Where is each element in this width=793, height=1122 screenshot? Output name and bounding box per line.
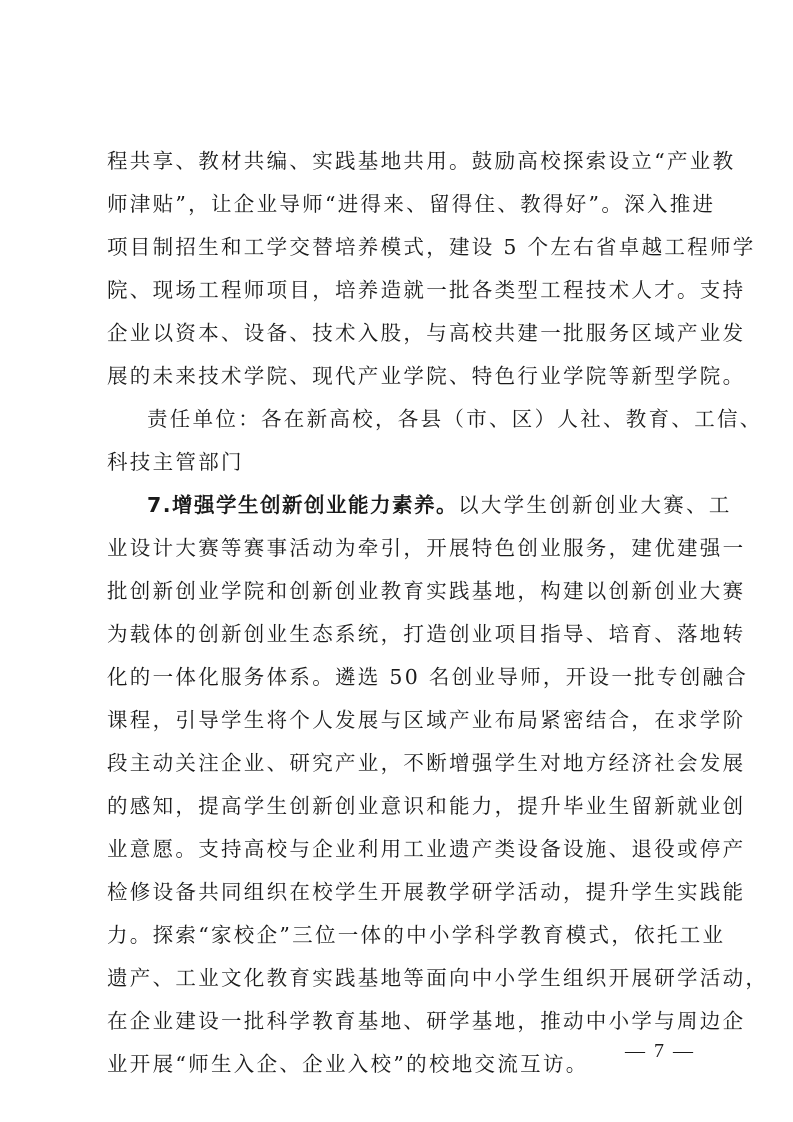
paragraph-line: 为载体的创新创业生态系统，打造创业项目指导、培育、落地转 <box>107 616 691 652</box>
paragraph-line: 展的未来技术学院、现代产业学院、特色行业学院等新型学院。 <box>107 358 691 394</box>
page-number: — 7 — <box>625 1040 695 1063</box>
paragraph-line: 企业以资本、设备、技术入股，与高校共建一批服务区域产业发 <box>107 315 691 351</box>
paragraph-line: 课程，引导学生将个人发展与区域产业布局紧密结合，在求学阶 <box>107 702 691 738</box>
paragraph-line: 院、现场工程师项目，培养造就一批各类型工程技术人才。支持 <box>107 272 691 308</box>
paragraph-line: 程共享、教材共编、实践基地共用。鼓励高校探索设立“产业教 <box>107 143 691 179</box>
paragraph-line: 业意愿。支持高校与企业利用工业遗产类设备设施、退役或停产 <box>107 831 691 867</box>
paragraph-line: 检修设备共同组织在校学生开展教学研学活动，提升学生实践能 <box>107 874 691 910</box>
responsibility-line: 科技主管部门 <box>107 444 691 480</box>
paragraph-line: 力。探索“家校企”三位一体的中小学科学教育模式，依托工业 <box>107 917 691 953</box>
paragraph-line: 的感知，提高学生创新创业意识和能力，提升毕业生留新就业创 <box>107 788 691 824</box>
paragraph-line: 化的一体化服务体系。遴选 50 名创业导师，开设一批专创融合 <box>107 659 691 695</box>
document-page: 程共享、教材共编、实践基地共用。鼓励高校探索设立“产业教 师津贴”，让企业导师“… <box>0 0 793 1122</box>
paragraph-line: 批创新创业学院和创新创业教育实践基地，构建以创新创业大赛 <box>107 573 691 609</box>
paragraph-line: 师津贴”，让企业导师“进得来、留得住、教得好”。深入推进 <box>107 186 691 222</box>
paragraph-line: 项目制招生和工学交替培养模式，建设 5 个左右省卓越工程师学 <box>107 229 691 265</box>
section-7-text: 以大学生创新创业大赛、工 <box>458 493 732 517</box>
responsibility-line: 责任单位：各在新高校，各县（市、区）人社、教育、工信、 <box>147 401 691 437</box>
paragraph-line: 段主动关注企业、研究产业，不断增强学生对地方经济社会发展 <box>107 745 691 781</box>
paragraph-line: 遗产、工业文化教育实践基地等面向中小学生组织开展研学活动， <box>107 960 691 996</box>
section-7-heading: 7.增强学生创新创业能力素养。 <box>147 493 458 517</box>
paragraph-line: 在企业建设一批科学教育基地、研学基地，推动中小学与周边企 <box>107 1003 691 1039</box>
paragraph-line: 业开展“师生入企、企业入校”的校地交流互访。 <box>107 1046 691 1082</box>
section-7-first-line: 7.增强学生创新创业能力素养。以大学生创新创业大赛、工 <box>147 487 691 523</box>
paragraph-line: 业设计大赛等赛事活动为牵引，开展特色创业服务，建优建强一 <box>107 530 691 566</box>
